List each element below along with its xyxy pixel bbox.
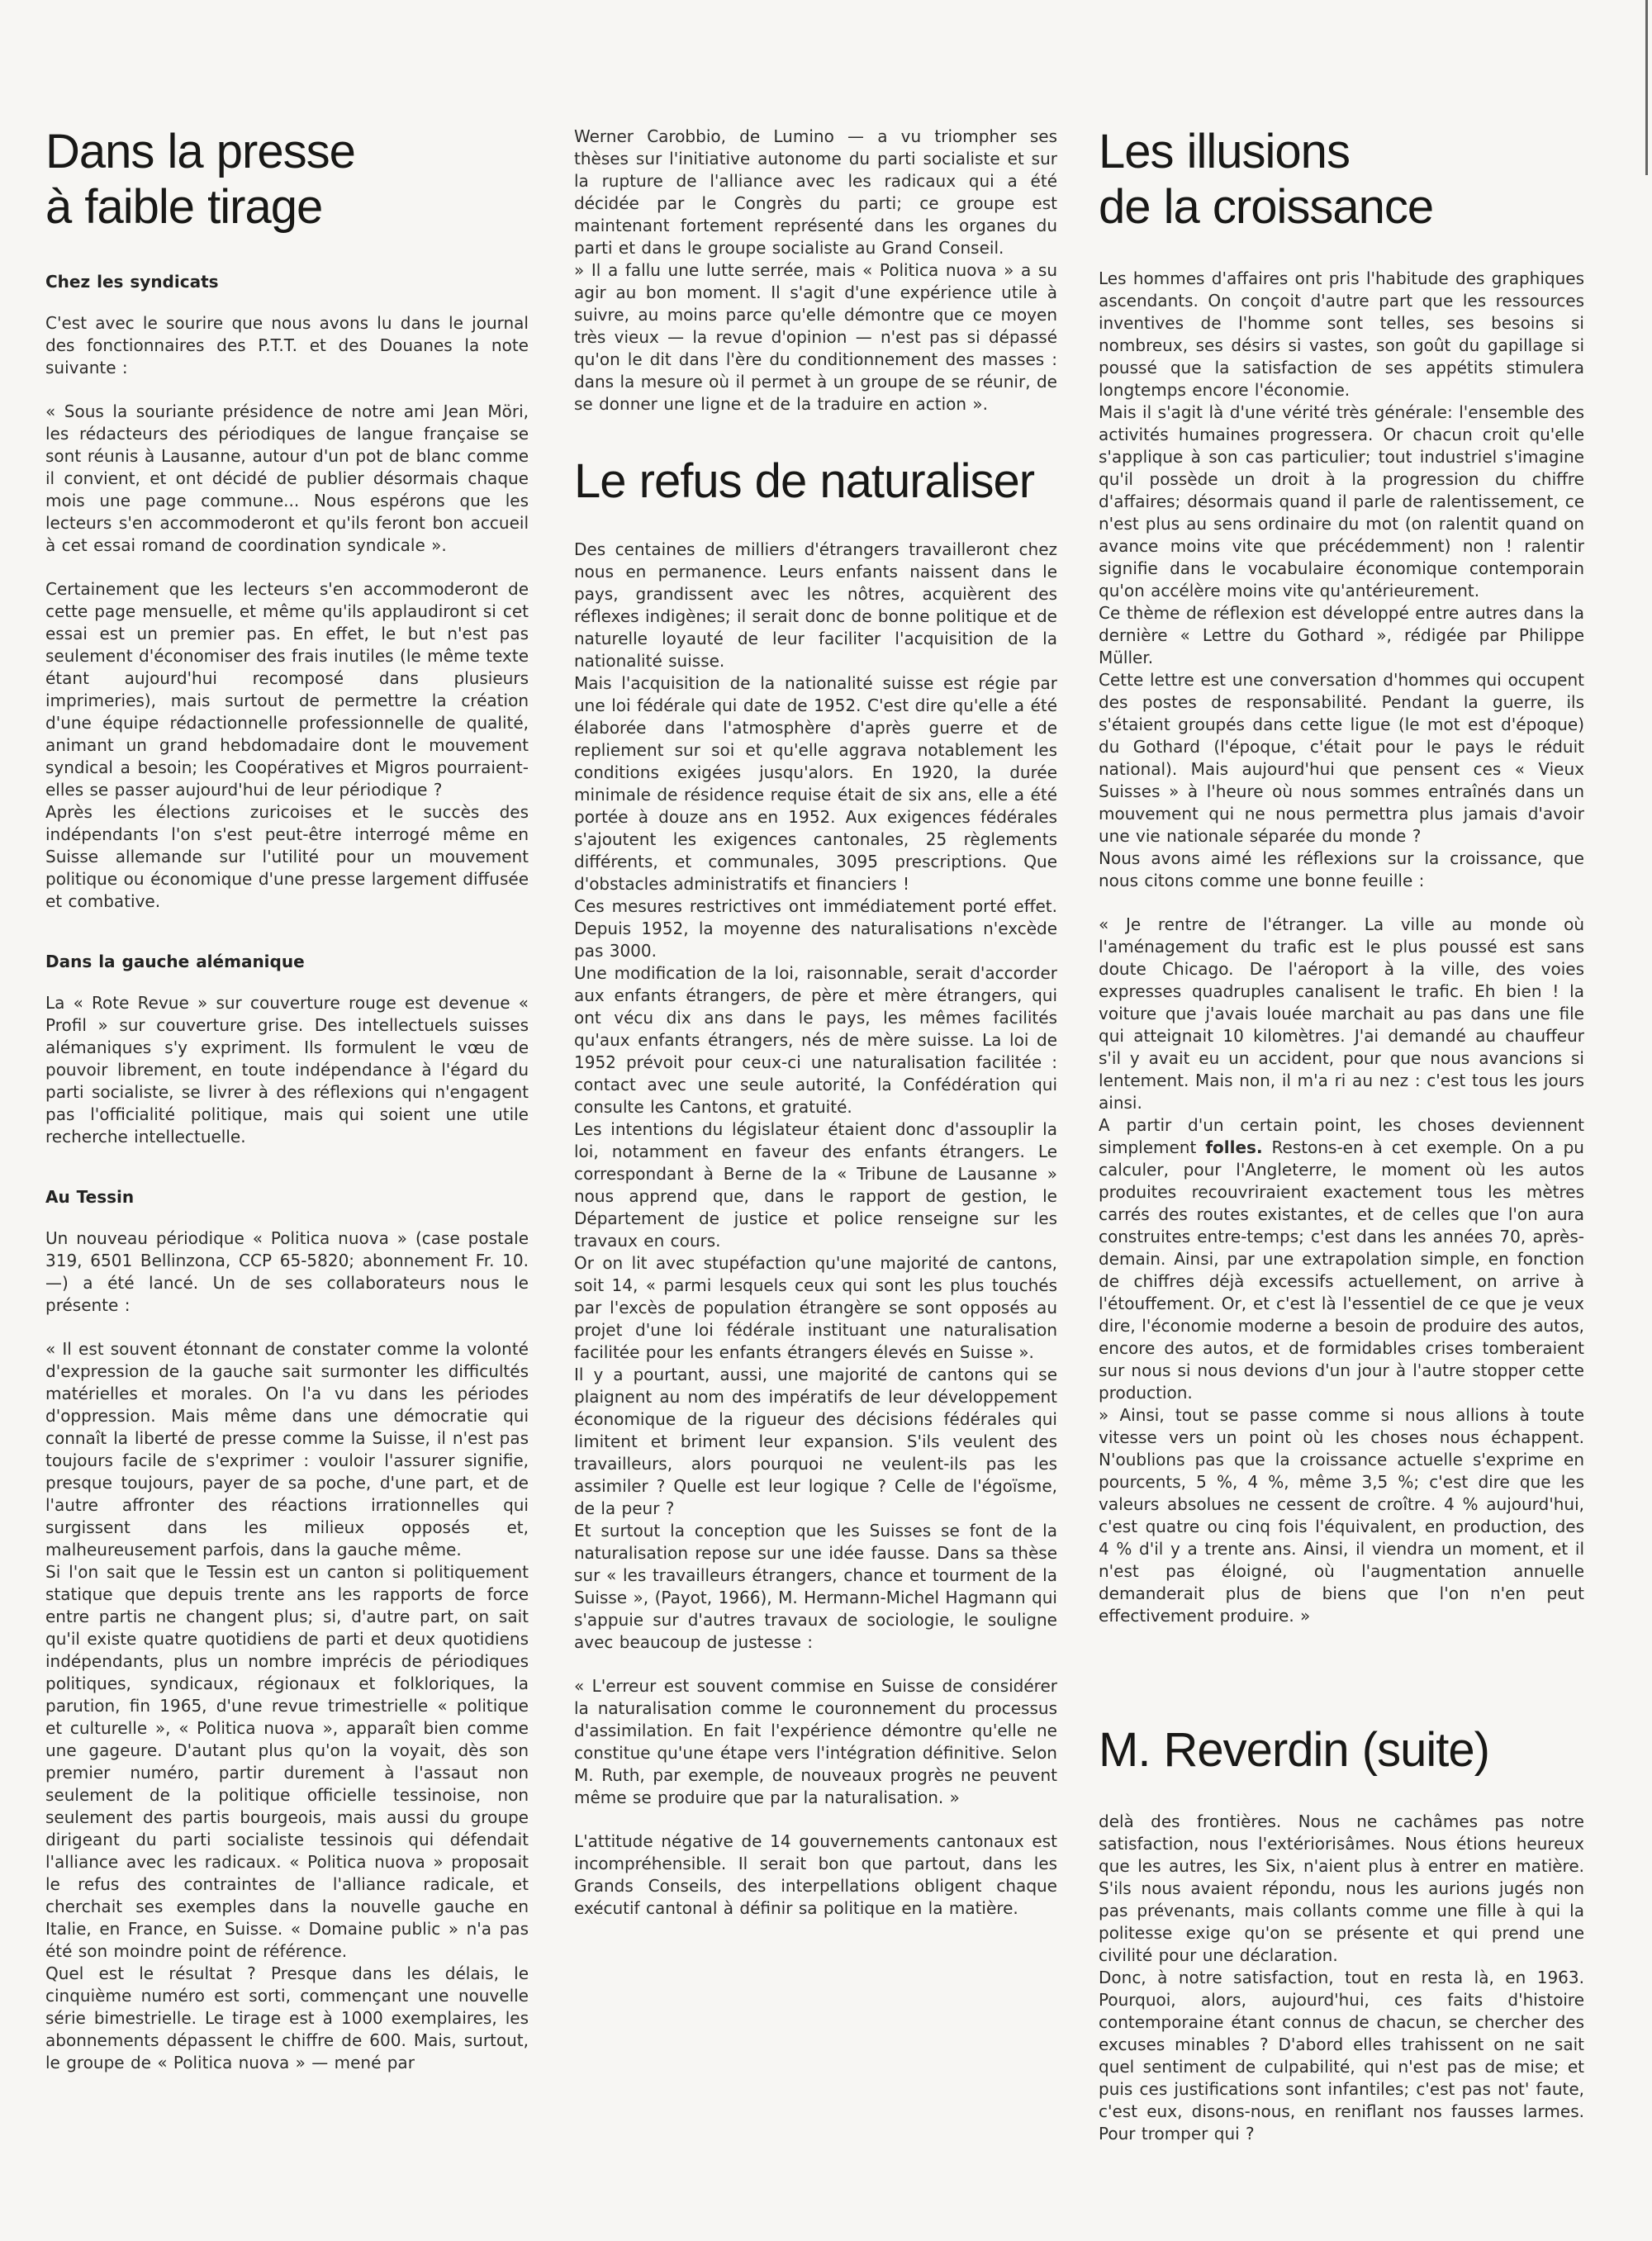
paragraph: La « Rote Revue » sur couverture rouge e… [45, 992, 529, 1148]
continuation-paragraph: Werner Carobbio, de Lumino — a vu triomp… [574, 126, 1057, 259]
naturaliser-article-title: Le refus de naturaliser [574, 453, 1057, 509]
section-heading-tessin: Au Tessin [45, 1186, 529, 1208]
paragraph: L'attitude négative de 14 gouvernements … [574, 1830, 1057, 1920]
scan-edge-artifact [1645, 0, 1648, 175]
growth-article-title: Les illusions de la croissance [1099, 124, 1584, 235]
middle-column: Werner Carobbio, de Lumino — a vu triomp… [574, 0, 1057, 2241]
paragraph: Les hommes d'affaires ont pris l'habitud… [1099, 268, 1584, 401]
headline-line: à faible tirage [45, 179, 529, 235]
paragraph: Et surtout la conception que les Suisses… [574, 1520, 1057, 1654]
left-article-title: Dans la presse à faible tirage [45, 124, 529, 235]
paragraph: Après les élections zuricoises et le suc… [45, 801, 529, 913]
newspaper-page: { "left_article": { "title_lines": ["Dan… [0, 0, 1652, 2241]
paragraph: Or on lit avec stupéfaction qu'une major… [574, 1252, 1057, 1364]
paragraph: Certainement que les lecteurs s'en accom… [45, 578, 529, 801]
paragraph: C'est avec le sourire que nous avons lu … [45, 312, 529, 379]
paragraph: Les intentions du législateur étaient do… [574, 1118, 1057, 1252]
continuation-paragraph: » Il a fallu une lutte serrée, mais « Po… [574, 259, 1057, 415]
right-column: Les illusions de la croissance Les homme… [1099, 0, 1584, 2241]
reverdin-article: M. Reverdin (suite) delà des frontières.… [1099, 1722, 1584, 2145]
reverdin-article-title: M. Reverdin (suite) [1099, 1722, 1584, 1778]
paragraph-with-bold: A partir d'un certain point, les choses … [1099, 1114, 1584, 1404]
paragraph: Quel est le résultat ? Presque dans les … [45, 1963, 529, 2074]
paragraph: Il y a pourtant, aussi, une majorité de … [574, 1364, 1057, 1520]
headline-line: Les illusions [1099, 124, 1584, 179]
paragraph: » Ainsi, tout se passe comme si nous all… [1099, 1404, 1584, 1627]
paragraph: Cette lettre est une conversation d'homm… [1099, 669, 1584, 847]
paragraph: « L'erreur est souvent commise en Suisse… [574, 1675, 1057, 1809]
paragraph: Un nouveau périodique « Politica nuova »… [45, 1227, 529, 1317]
section-heading-syndicats: Chez les syndicats [45, 271, 529, 292]
section-heading-gauche-alemanique: Dans la gauche alémanique [45, 951, 529, 972]
paragraph: « Je rentre de l'étranger. La ville au m… [1099, 914, 1584, 1114]
paragraph: Ces mesures restrictives ont immédiateme… [574, 895, 1057, 962]
paragraph: « Sous la souriante présidence de notre … [45, 401, 529, 557]
paragraph: Donc, à notre satisfaction, tout en rest… [1099, 1967, 1584, 2145]
paragraph: Si l'on sait que le Tessin est un canton… [45, 1561, 529, 1963]
text-segment: Restons-en à cet exemple. On a pu calcul… [1099, 1137, 1584, 1403]
headline-line: de la croissance [1099, 179, 1584, 235]
left-column: Dans la presse à faible tirage Chez les … [45, 0, 529, 2241]
paragraph: Ce thème de réflexion est développé entr… [1099, 602, 1584, 669]
paragraph: Nous avons aimé les réflexions sur la cr… [1099, 847, 1584, 892]
paragraph: Mais l'acquisition de la nationalité sui… [574, 672, 1057, 895]
headline-line: Dans la presse [45, 124, 529, 179]
paragraph: Une modification de la loi, raisonnable,… [574, 962, 1057, 1118]
paragraph: delà des frontières. Nous ne cachâmes pa… [1099, 1811, 1584, 1967]
bold-text-segment: folles. [1205, 1137, 1262, 1157]
paragraph: Mais il s'agit là d'une vérité très géné… [1099, 401, 1584, 602]
paragraph: Des centaines de milliers d'étrangers tr… [574, 539, 1057, 672]
paragraph: « Il est souvent étonnant de constater c… [45, 1338, 529, 1561]
